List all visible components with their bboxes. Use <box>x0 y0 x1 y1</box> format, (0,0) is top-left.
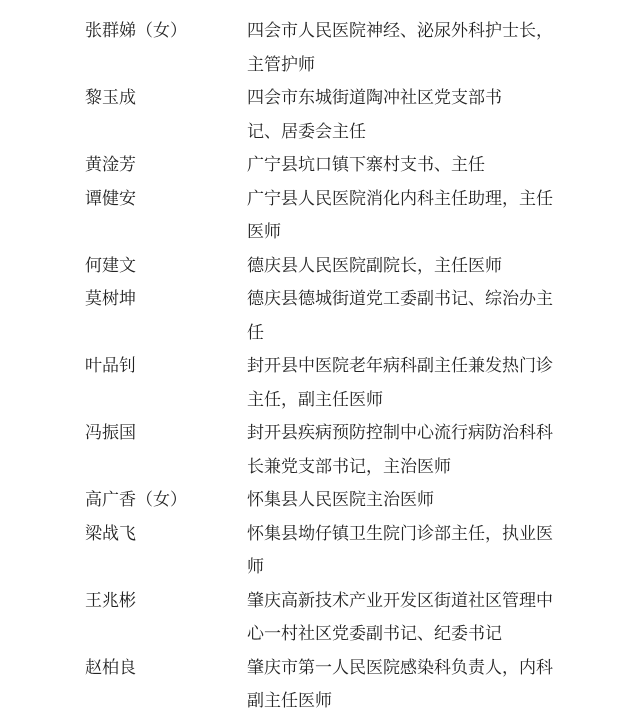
title-line: 德庆县人民医院副院长，主任医师 <box>247 250 565 284</box>
list-item: 黎玉成 四会市东城街道陶冲社区党支部书 记、居委会主任 <box>85 82 565 149</box>
title-line: 广宁县人民医院消化内科主任助理，主任 <box>247 183 565 217</box>
person-title: 德庆县德城街道党工委副书记、综治办主 任 <box>247 283 565 350</box>
title-line: 广宁县坑口镇下寨村支书、主任 <box>247 149 565 183</box>
title-line: 医师 <box>247 216 565 250</box>
person-title: 四会市东城街道陶冲社区党支部书 记、居委会主任 <box>247 82 565 149</box>
person-title: 封开县中医院老年病科副主任兼发热门诊 主任，副主任医师 <box>247 350 565 417</box>
person-name: 叶品钊 <box>85 350 247 384</box>
person-name: 黄淦芳 <box>85 149 247 183</box>
person-name: 谭健安 <box>85 183 247 217</box>
title-line: 肇庆高新技术产业开发区街道社区管理中 <box>247 585 565 619</box>
list-item: 谭健安 广宁县人民医院消化内科主任助理，主任 医师 <box>85 183 565 250</box>
list-item: 叶品钊 封开县中医院老年病科副主任兼发热门诊 主任，副主任医师 <box>85 350 565 417</box>
title-line: 怀集县坳仔镇卫生院门诊部主任，执业医 <box>247 518 565 552</box>
person-name: 赵柏良 <box>85 652 247 686</box>
title-line: 副主任医师 <box>247 685 565 719</box>
person-name: 王兆彬 <box>85 585 247 619</box>
title-line: 主管护师 <box>247 49 565 83</box>
title-line: 德庆县德城街道党工委副书记、综治办主 <box>247 283 565 317</box>
person-name: 张群娣（女） <box>85 15 247 49</box>
person-title: 怀集县人民医院主治医师 <box>247 484 565 518</box>
title-line: 封开县中医院老年病科副主任兼发热门诊 <box>247 350 565 384</box>
person-name: 莫树坤 <box>85 283 247 317</box>
title-line: 师 <box>247 551 565 585</box>
list-item: 何建文 德庆县人民医院副院长，主任医师 <box>85 250 565 284</box>
title-line: 记、居委会主任 <box>247 116 565 150</box>
title-line: 四会市人民医院神经、泌尿外科护士长， <box>247 15 565 49</box>
person-title: 四会市人民医院神经、泌尿外科护士长， 主管护师 <box>247 15 565 82</box>
person-name: 高广香（女） <box>85 484 247 518</box>
title-line: 主任，副主任医师 <box>247 384 565 418</box>
person-name: 何建文 <box>85 250 247 284</box>
list-item: 张群娣（女） 四会市人民医院神经、泌尿外科护士长， 主管护师 <box>85 15 565 82</box>
person-name: 黎玉成 <box>85 82 247 116</box>
list-item: 王兆彬 肇庆高新技术产业开发区街道社区管理中 心一村社区党委副书记、纪委书记 <box>85 585 565 652</box>
list-item: 黄淦芳 广宁县坑口镇下寨村支书、主任 <box>85 149 565 183</box>
list-item: 高广香（女） 怀集县人民医院主治医师 <box>85 484 565 518</box>
person-title: 德庆县人民医院副院长，主任医师 <box>247 250 565 284</box>
person-title: 肇庆市第一人民医院感染科负责人，内科 副主任医师 <box>247 652 565 719</box>
person-title: 怀集县坳仔镇卫生院门诊部主任，执业医 师 <box>247 518 565 585</box>
person-name: 梁战飞 <box>85 518 247 552</box>
list-item: 莫树坤 德庆县德城街道党工委副书记、综治办主 任 <box>85 283 565 350</box>
title-line: 封开县疾病预防控制中心流行病防治科科 <box>247 417 565 451</box>
title-line: 任 <box>247 317 565 351</box>
person-title: 肇庆高新技术产业开发区街道社区管理中 心一村社区党委副书记、纪委书记 <box>247 585 565 652</box>
list-item: 赵柏良 肇庆市第一人民医院感染科负责人，内科 副主任医师 <box>85 652 565 719</box>
list-item: 梁战飞 怀集县坳仔镇卫生院门诊部主任，执业医 师 <box>85 518 565 585</box>
title-line: 长兼党支部书记，主治医师 <box>247 451 565 485</box>
person-title: 广宁县人民医院消化内科主任助理，主任 医师 <box>247 183 565 250</box>
title-line: 心一村社区党委副书记、纪委书记 <box>247 618 565 652</box>
title-line: 肇庆市第一人民医院感染科负责人，内科 <box>247 652 565 686</box>
honoree-list: 张群娣（女） 四会市人民医院神经、泌尿外科护士长， 主管护师 黎玉成 四会市东城… <box>85 15 565 719</box>
person-title: 封开县疾病预防控制中心流行病防治科科 长兼党支部书记，主治医师 <box>247 417 565 484</box>
list-item: 冯振国 封开县疾病预防控制中心流行病防治科科 长兼党支部书记，主治医师 <box>85 417 565 484</box>
title-line: 四会市东城街道陶冲社区党支部书 <box>247 82 565 116</box>
person-title: 广宁县坑口镇下寨村支书、主任 <box>247 149 565 183</box>
person-name: 冯振国 <box>85 417 247 451</box>
title-line: 怀集县人民医院主治医师 <box>247 484 565 518</box>
